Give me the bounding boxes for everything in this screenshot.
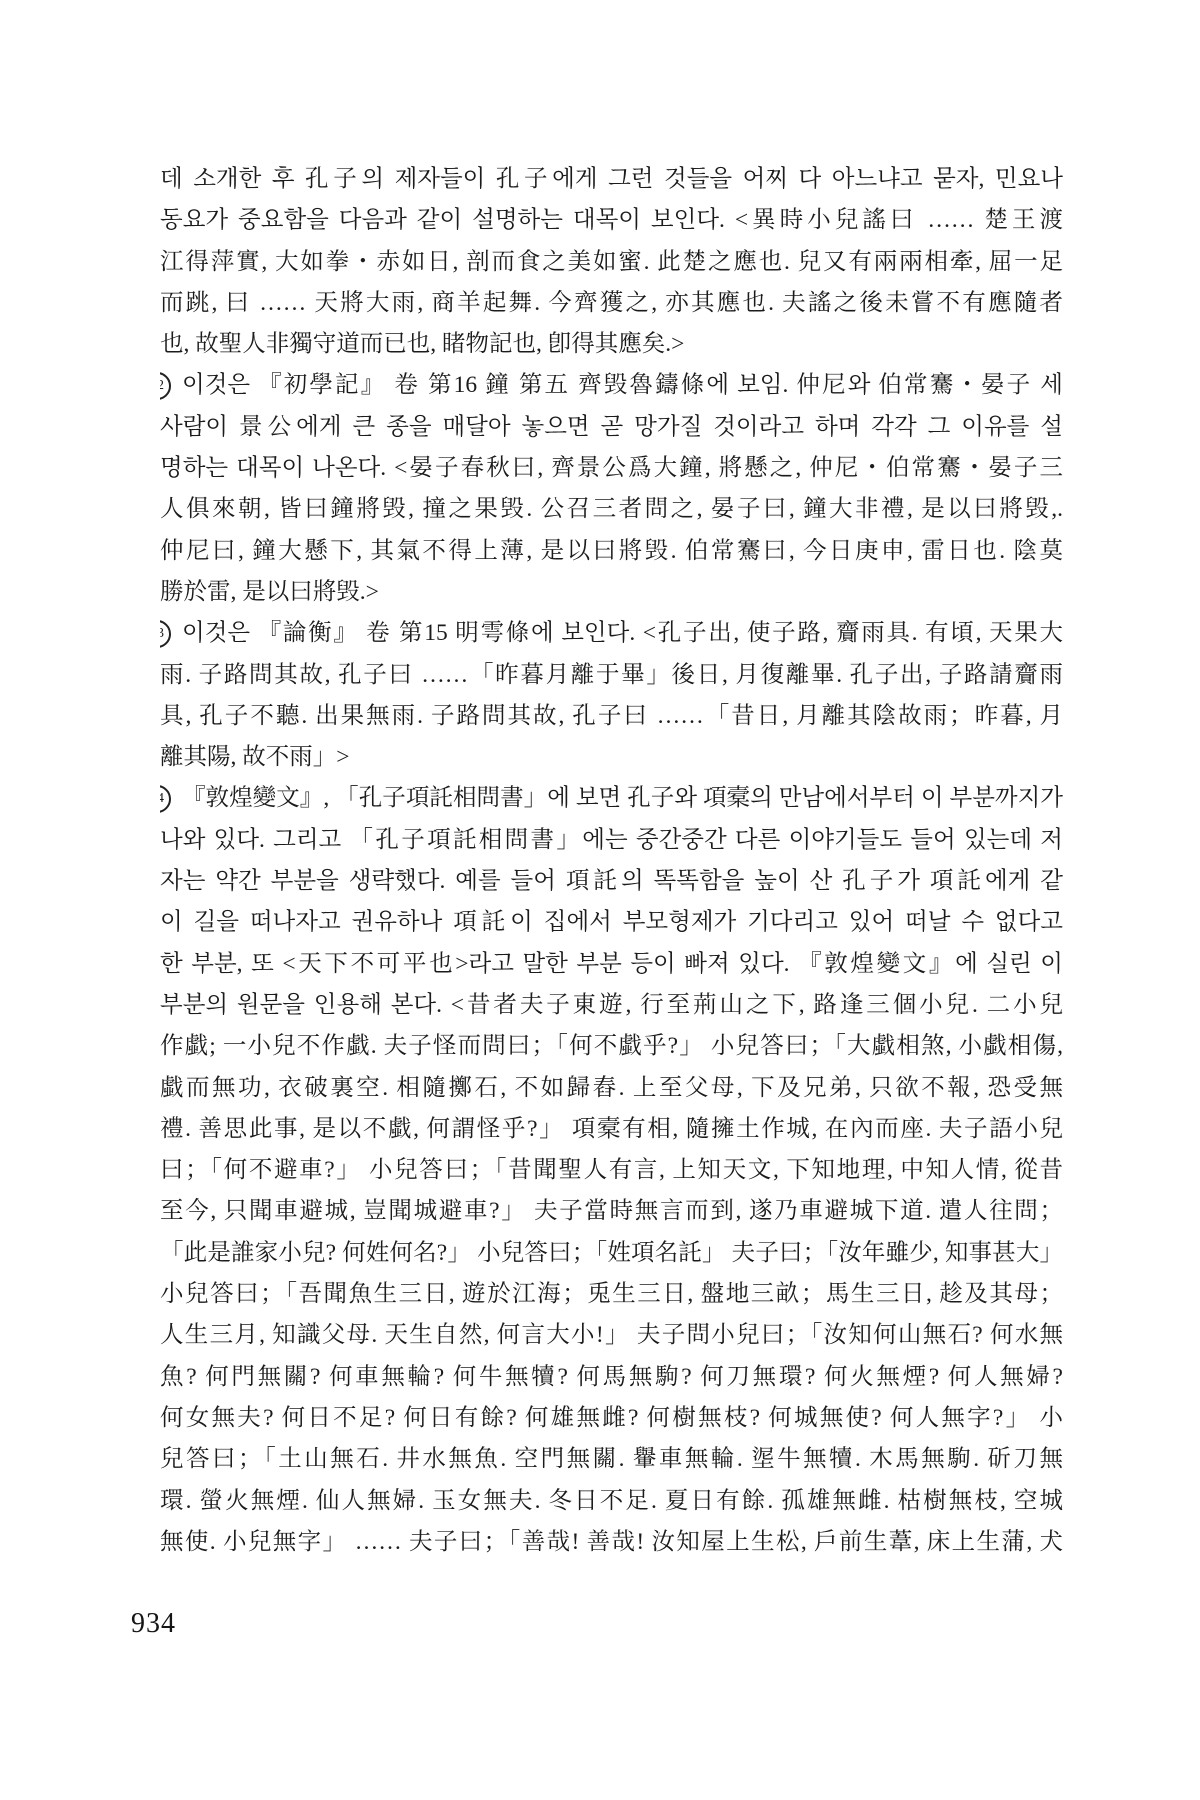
line-text: 仲尼曰, 鐘大懸下, 其氣不得上薄, 是以曰將毁. 伯常騫曰, 今日庚申, 雷日… bbox=[160, 538, 1063, 564]
text-line: 데 소개한 후 孔子의 제자들이 孔子에게 그런 것들을 어찌 다 아느냐고 묻… bbox=[160, 159, 1063, 200]
line-text: 나와 있다. 그리고 「孔子項託相問書」에는 중간중간 다른 이야기들도 들어 … bbox=[160, 827, 1063, 853]
text-line: 人俱來朝, 皆曰鐘將毁, 撞之果毁. 公召三者問之, 晏子曰, 鐘大非禮, 是以… bbox=[160, 489, 1063, 530]
line-text: 勝於雷, 是以曰將毁.> bbox=[160, 579, 379, 605]
line-text: 離其陽, 故不雨」> bbox=[160, 744, 350, 770]
line-text: 雨. 子路問其故, 孔子曰 ……「昨暮月離于畢」後日, 月復離畢. 孔子出, 子… bbox=[160, 662, 1063, 688]
text-line: 作戱; 一小兒不作戱. 夫子怪而問曰；「何不戱乎?」 小兒答曰；「大戱相煞, 小… bbox=[160, 1026, 1063, 1067]
line-text: 也, 故聖人非獨守道而已也, 睹物記也, 卽得其應矣.> bbox=[160, 331, 684, 357]
text-line: 명하는 대목이 나온다. <晏子春秋曰, 齊景公爲大鐘, 將懸之, 仲尼・伯常騫… bbox=[160, 448, 1063, 489]
note-number-circle: 23 bbox=[160, 620, 171, 648]
text-line: 부분의 원문을 인용해 본다. <昔者夫子東遊, 行至荊山之下, 路逢三個小兒.… bbox=[160, 985, 1063, 1026]
text-line: 兒答曰；「土山無石. 井水無魚. 空門無關. 轝車無輪. 埿牛無犢. 木馬無駒.… bbox=[160, 1439, 1063, 1480]
line-text: 이것은 『論衡』 卷 第15 明雩條에 보인다. <孔子出, 使子路, 齎雨具.… bbox=[182, 620, 1063, 646]
text-line: 22이것은 『初學記』 卷 第16 鐘 第五 齊毁魯鑄條에 보임. 仲尼와 伯常… bbox=[160, 365, 1063, 406]
line-text: 禮. 善思此事, 是以不戱, 何謂怪乎?」 項槖有相, 隨擁土作城, 在內而座.… bbox=[160, 1116, 1063, 1142]
text-line: 자는 약간 부분을 생략했다. 예를 들어 項託의 똑똑함을 높이 산 孔子가 … bbox=[160, 861, 1063, 902]
line-text: 명하는 대목이 나온다. <晏子春秋曰, 齊景公爲大鐘, 將懸之, 仲尼・伯常騫… bbox=[160, 455, 1063, 481]
line-text: 至今, 只聞車避城, 豈聞城避車?」 夫子當時無言而到, 遂乃車避城下道. 遣人… bbox=[160, 1198, 1063, 1224]
text-line: 勝於雷, 是以曰將毁.> bbox=[160, 572, 1063, 613]
line-text: 無使. 小兒無字」 …… 夫子曰；「善哉! 善哉! 汝知屋上生松, 戶前生葦, … bbox=[160, 1529, 1063, 1555]
text-line: 而跳, 曰 …… 天將大雨, 商羊起舞. 今齊獲之, 亦其應也. 夫謠之後未嘗不… bbox=[160, 283, 1063, 324]
text-line: 23이것은 『論衡』 卷 第15 明雩條에 보인다. <孔子出, 使子路, 齎雨… bbox=[160, 613, 1063, 654]
text-line: 曰；「何不避車?」 小兒答曰；「昔聞聖人有言, 上知天文, 下知地理, 中知人情… bbox=[160, 1150, 1063, 1191]
text-line: 離其陽, 故不雨」> bbox=[160, 737, 1063, 778]
text-line: 無使. 小兒無字」 …… 夫子曰；「善哉! 善哉! 汝知屋上生松, 戶前生葦, … bbox=[160, 1522, 1063, 1563]
line-text: 한 부분, 또 <天下不可平也>라고 말한 부분 등이 빠져 있다. 『敦煌變文… bbox=[160, 951, 1063, 977]
footnote: 데 소개한 후 孔子의 제자들이 孔子에게 그런 것들을 어찌 다 아느냐고 묻… bbox=[160, 159, 1063, 365]
footnote: 23이것은 『論衡』 卷 第15 明雩條에 보인다. <孔子出, 使子路, 齎雨… bbox=[160, 613, 1063, 778]
line-text: 부분의 원문을 인용해 본다. <昔者夫子東遊, 行至荊山之下, 路逢三個小兒.… bbox=[160, 992, 1063, 1018]
line-text: 데 소개한 후 孔子의 제자들이 孔子에게 그런 것들을 어찌 다 아느냐고 묻… bbox=[160, 166, 1063, 192]
text-line: 사람이 景公에게 큰 종을 매달아 놓으면 곧 망가질 것이라고 하며 각각 그… bbox=[160, 407, 1063, 448]
footnote: 22이것은 『初學記』 卷 第16 鐘 第五 齊毁魯鑄條에 보임. 仲尼와 伯常… bbox=[160, 365, 1063, 613]
scanned-document-page: 데 소개한 후 孔子의 제자들이 孔子에게 그런 것들을 어찌 다 아느냐고 묻… bbox=[0, 0, 1200, 1800]
line-text: 人俱來朝, 皆曰鐘將毁, 撞之果毁. 公召三者問之, 晏子曰, 鐘大非禮, 是以… bbox=[160, 496, 1063, 522]
text-line: 동요가 중요함을 다음과 같이 설명하는 대목이 보인다. <異時小兒謠曰 ……… bbox=[160, 200, 1063, 241]
line-text: 江得萍實, 大如拳・赤如日, 剖而食之美如蜜. 此楚之應也. 兒又有兩兩相牽, … bbox=[160, 249, 1063, 275]
text-line: 小兒答曰；「吾聞魚生三日, 遊於江海；兎生三日, 盤地三畝；馬生三日, 趁及其母… bbox=[160, 1274, 1063, 1315]
text-line: 何女無夫? 何日不足? 何日有餘? 何雄無雌? 何樹無枝? 何城無使? 何人無字… bbox=[160, 1398, 1063, 1439]
text-line: 한 부분, 또 <天下不可平也>라고 말한 부분 등이 빠져 있다. 『敦煌變文… bbox=[160, 944, 1063, 985]
line-text: 具, 孔子不聽. 出果無雨. 子路問其故, 孔子曰 ……「昔日, 月離其陰故雨；… bbox=[160, 703, 1063, 729]
text-line: 이 길을 떠나자고 권유하나 項託이 집에서 부모형제가 기다리고 있어 떠날 … bbox=[160, 902, 1063, 943]
text-line: 至今, 只聞車避城, 豈聞城避車?」 夫子當時無言而到, 遂乃車避城下道. 遣人… bbox=[160, 1191, 1063, 1232]
line-text: 이것은 『初學記』 卷 第16 鐘 第五 齊毁魯鑄條에 보임. 仲尼와 伯常騫・… bbox=[182, 372, 1063, 398]
text-line: 也, 故聖人非獨守道而已也, 睹物記也, 卽得其應矣.> bbox=[160, 324, 1063, 365]
line-text: 자는 약간 부분을 생략했다. 예를 들어 項託의 똑똑함을 높이 산 孔子가 … bbox=[160, 868, 1063, 894]
line-text: 「此是誰家小兒? 何姓何名?」 小兒答曰；「姓項名託」 夫子曰；「汝年雖少, 知… bbox=[160, 1240, 1063, 1266]
footnote: 24『敦煌變文』, 「孔子項託相問書」에 보면 孔子와 項槖의 만남에서부터 이… bbox=[160, 778, 1063, 1563]
line-text: 『敦煌變文』, 「孔子項託相問書」에 보면 孔子와 項槖의 만남에서부터 이 부… bbox=[182, 785, 1063, 811]
text-line: 戱而無功, 衣破裏空. 相隨擲石, 不如歸舂. 上至父母, 下及兄弟, 只欲不報… bbox=[160, 1068, 1063, 1109]
note-number-circle: 22 bbox=[160, 372, 171, 400]
text-line: 江得萍實, 大如拳・赤如日, 剖而食之美如蜜. 此楚之應也. 兒又有兩兩相牽, … bbox=[160, 242, 1063, 283]
line-text: 동요가 중요함을 다음과 같이 설명하는 대목이 보인다. <異時小兒謠曰 ……… bbox=[160, 207, 1063, 233]
text-line: 禮. 善思此事, 是以不戱, 何謂怪乎?」 項槖有相, 隨擁土作城, 在內而座.… bbox=[160, 1109, 1063, 1150]
page-number: 934 bbox=[131, 1608, 176, 1640]
notes-block: 데 소개한 후 孔子의 제자들이 孔子에게 그런 것들을 어찌 다 아느냐고 묻… bbox=[160, 159, 1063, 1563]
line-text: 何女無夫? 何日不足? 何日有餘? 何雄無雌? 何樹無枝? 何城無使? 何人無字… bbox=[160, 1405, 1063, 1431]
text-line: 雨. 子路問其故, 孔子曰 ……「昨暮月離于畢」後日, 月復離畢. 孔子出, 子… bbox=[160, 655, 1063, 696]
line-text: 兒答曰；「土山無石. 井水無魚. 空門無關. 轝車無輪. 埿牛無犢. 木馬無駒.… bbox=[160, 1446, 1063, 1472]
text-line: 仲尼曰, 鐘大懸下, 其氣不得上薄, 是以曰將毁. 伯常騫曰, 今日庚申, 雷日… bbox=[160, 531, 1063, 572]
note-number-circle: 24 bbox=[160, 785, 171, 813]
line-text: 曰；「何不避車?」 小兒答曰；「昔聞聖人有言, 上知天文, 下知地理, 中知人情… bbox=[160, 1157, 1063, 1183]
line-text: 而跳, 曰 …… 天將大雨, 商羊起舞. 今齊獲之, 亦其應也. 夫謠之後未嘗不… bbox=[160, 290, 1063, 316]
line-text: 사람이 景公에게 큰 종을 매달아 놓으면 곧 망가질 것이라고 하며 각각 그… bbox=[160, 414, 1063, 440]
text-line: 環. 螢火無煙. 仙人無婦. 玉女無夫. 冬日不足. 夏日有餘. 孤雄無雌. 枯… bbox=[160, 1481, 1063, 1522]
text-line: 나와 있다. 그리고 「孔子項託相問書」에는 중간중간 다른 이야기들도 들어 … bbox=[160, 820, 1063, 861]
text-line: 24『敦煌變文』, 「孔子項託相問書」에 보면 孔子와 項槖의 만남에서부터 이… bbox=[160, 778, 1063, 819]
line-text: 魚? 何門無關? 何車無輪? 何牛無犢? 何馬無駒? 何刀無環? 何火無煙? 何… bbox=[160, 1364, 1063, 1390]
line-text: 戱而無功, 衣破裏空. 相隨擲石, 不如歸舂. 上至父母, 下及兄弟, 只欲不報… bbox=[160, 1075, 1063, 1101]
line-text: 環. 螢火無煙. 仙人無婦. 玉女無夫. 冬日不足. 夏日有餘. 孤雄無雌. 枯… bbox=[160, 1488, 1063, 1514]
line-text: 이 길을 떠나자고 권유하나 項託이 집에서 부모형제가 기다리고 있어 떠날 … bbox=[160, 909, 1063, 935]
line-text: 小兒答曰；「吾聞魚生三日, 遊於江海；兎生三日, 盤地三畝；馬生三日, 趁及其母… bbox=[160, 1281, 1063, 1307]
text-line: 具, 孔子不聽. 出果無雨. 子路問其故, 孔子曰 ……「昔日, 月離其陰故雨；… bbox=[160, 696, 1063, 737]
text-line: 魚? 何門無關? 何車無輪? 何牛無犢? 何馬無駒? 何刀無環? 何火無煙? 何… bbox=[160, 1357, 1063, 1398]
text-line: 「此是誰家小兒? 何姓何名?」 小兒答曰；「姓項名託」 夫子曰；「汝年雖少, 知… bbox=[160, 1233, 1063, 1274]
line-text: 人生三月, 知識父母. 天生自然, 何言大小!」 夫子問小兒曰；「汝知何山無石?… bbox=[160, 1322, 1063, 1348]
line-text: 作戱; 一小兒不作戱. 夫子怪而問曰；「何不戱乎?」 小兒答曰；「大戱相煞, 小… bbox=[160, 1033, 1063, 1059]
text-line: 人生三月, 知識父母. 天生自然, 何言大小!」 夫子問小兒曰；「汝知何山無石?… bbox=[160, 1315, 1063, 1356]
